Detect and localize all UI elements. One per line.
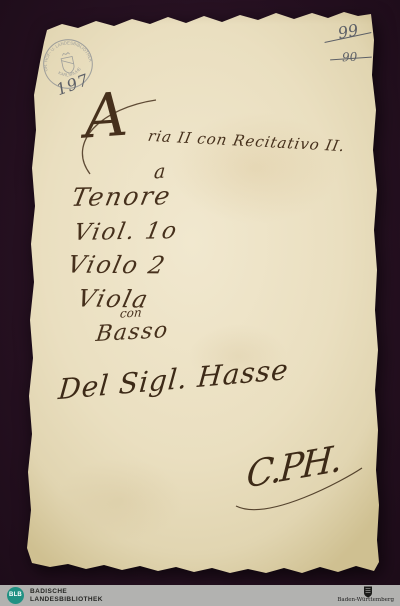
part-violino-2: Violo 2 <box>65 253 168 278</box>
con-label: con <box>119 306 142 319</box>
subtitle-a: a <box>153 162 166 182</box>
library-name-line1: BADISCHE <box>30 588 103 596</box>
part-violino-1: Viol. 1o <box>72 220 180 245</box>
title-initial: A <box>82 85 129 148</box>
library-footer-bar: BLB BADISCHE LANDESBIBLIOTHEK Baden-Würt… <box>0 585 400 606</box>
region-name: Baden-Württemberg <box>337 597 394 603</box>
composer-attribution: Del Sigl. Hasse <box>57 356 290 404</box>
scan-stage: GR. HOF- U. LANDESBIBLIOTHEK KARLSRUHE 9… <box>0 0 400 606</box>
stamp-arc-top-text: GR. HOF- U. LANDESBIBLIOTHEK <box>38 36 93 72</box>
library-name: BADISCHE LANDESBIBLIOTHEK <box>30 588 103 604</box>
paper-shadow-wrap: GR. HOF- U. LANDESBIBLIOTHEK KARLSRUHE 9… <box>0 0 400 606</box>
blb-logo: BLB <box>7 587 24 604</box>
part-tenore: Tenore <box>70 183 174 210</box>
svg-text:GR. HOF- U. LANDESBIBLIOTHEK: GR. HOF- U. LANDESBIBLIOTHEK <box>38 36 93 72</box>
part-basso: Basso <box>95 320 170 346</box>
title-text: ria II con Recitativo II. <box>147 129 347 154</box>
manuscript-paper: GR. HOF- U. LANDESBIBLIOTHEK KARLSRUHE 9… <box>0 0 400 606</box>
library-name-line2: LANDESBIBLIOTHEK <box>30 596 103 604</box>
